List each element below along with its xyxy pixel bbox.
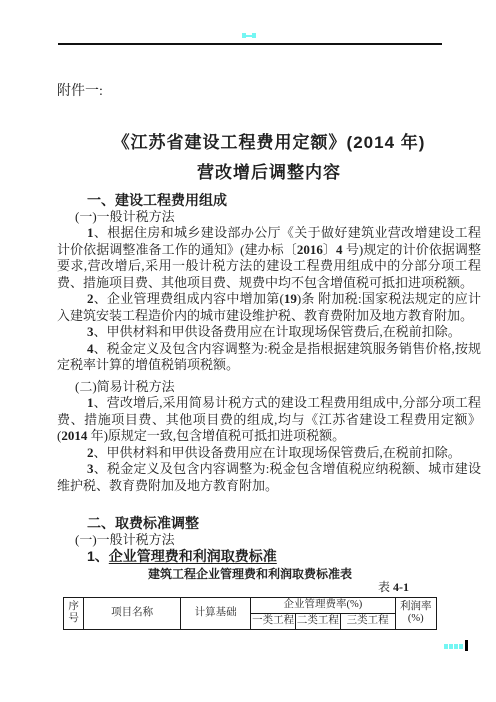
watermark-square-icon — [252, 33, 256, 38]
col-seq-header: 序号 — [64, 597, 84, 629]
paragraph: 2、甲供材料和甲供设备费用应在计取现场保管费后,在税前扣除。 — [57, 445, 481, 462]
header-watermark-icon — [242, 33, 256, 39]
paragraph: 1、根据住房和城乡建设部办公厅《关于做好建筑业营改增建设工程计价依据调整准备工作… — [57, 225, 481, 291]
document-title-line1: 《江苏省建设工程费用定额》(2014 年) — [57, 128, 481, 158]
page-header-rule — [58, 43, 442, 45]
watermark-glyph — [449, 644, 453, 649]
col-calc-basis-header: 计算基础 — [181, 597, 251, 629]
attachment-label: 附件一: — [57, 84, 481, 100]
watermark-glyph — [459, 644, 463, 649]
paragraph: 3、税金定义及包含内容调整为:税金包含增值税应纳税额、城市建设维护税、教育费附加… — [57, 461, 481, 494]
section-1-method-2-heading: (二)简易计税方法 — [57, 379, 481, 396]
fee-standard-table: 序号 项目名称 计算基础 企业管理费率(%) 利润率(%) 一类工程 二类工程 … — [63, 597, 437, 630]
col-mgmt-fee-rate-group-header: 企业管理费率(%) — [251, 597, 395, 613]
col-project-name-header: 项目名称 — [84, 597, 181, 629]
paragraph: 3、甲供材料和甲供设备费用应在计取现场保管费后,在税前扣除。 — [57, 324, 481, 341]
paragraph: 1、营改增后,采用简易计税方式的建设工程费用组成中,分部分项工程费、措施项目费、… — [57, 395, 481, 445]
section-2-method-1-heading: (一)一般计税方法 — [57, 532, 481, 549]
table-header-row-1: 序号 项目名称 计算基础 企业管理费率(%) 利润率(%) — [64, 597, 437, 613]
fee-table-area: 建筑工程企业管理费和利润取费标准表 表 4-1 序号 项目名称 计算基础 企业管… — [63, 568, 437, 630]
col-class2-header: 二类工程 — [295, 613, 340, 629]
document-title-line2: 营改增后调整内容 — [57, 158, 481, 188]
col-class3-header: 三类工程 — [340, 613, 395, 629]
text-cursor — [465, 640, 468, 651]
document-title: 《江苏省建设工程费用定额》(2014 年) 营改增后调整内容 — [57, 128, 481, 188]
watermark-glyph — [454, 644, 458, 649]
col-class1-header: 一类工程 — [251, 613, 296, 629]
paragraph: 2、企业管理费组成内容中增加第(19)条 附加税:国家税法规定的应计入建筑安装工… — [57, 291, 481, 324]
document-body: 附件一: 《江苏省建设工程费用定额》(2014 年) 营改增后调整内容 一、建设… — [57, 84, 481, 630]
section-2-heading: 二、取费标准调整 — [57, 515, 481, 532]
table-caption: 建筑工程企业管理费和利润取费标准表 — [63, 568, 437, 581]
item-1-number: 1、 — [87, 548, 109, 564]
watermark-glyph — [444, 644, 448, 649]
col-profit-rate-header: 利润率(%) — [395, 597, 436, 629]
item-1-title: 企业管理费和利润取费标准 — [109, 548, 277, 564]
section-1-heading: 一、建设工程费用组成 — [57, 192, 481, 209]
item-1-heading: 1、企业管理费和利润取费标准 — [57, 548, 481, 565]
document-page: 附件一: 《江苏省建设工程费用定额》(2014 年) 营改增后调整内容 一、建设… — [0, 0, 496, 702]
section-1-method-1-heading: (一)一般计税方法 — [57, 209, 481, 226]
table-number-label: 表 4-1 — [63, 581, 437, 594]
footer-watermark-icon — [444, 644, 463, 649]
paragraph: 4、税金定义及包含内容调整为:税金是指根据建筑服务销售价格,按规定税率计算的增值… — [57, 341, 481, 374]
